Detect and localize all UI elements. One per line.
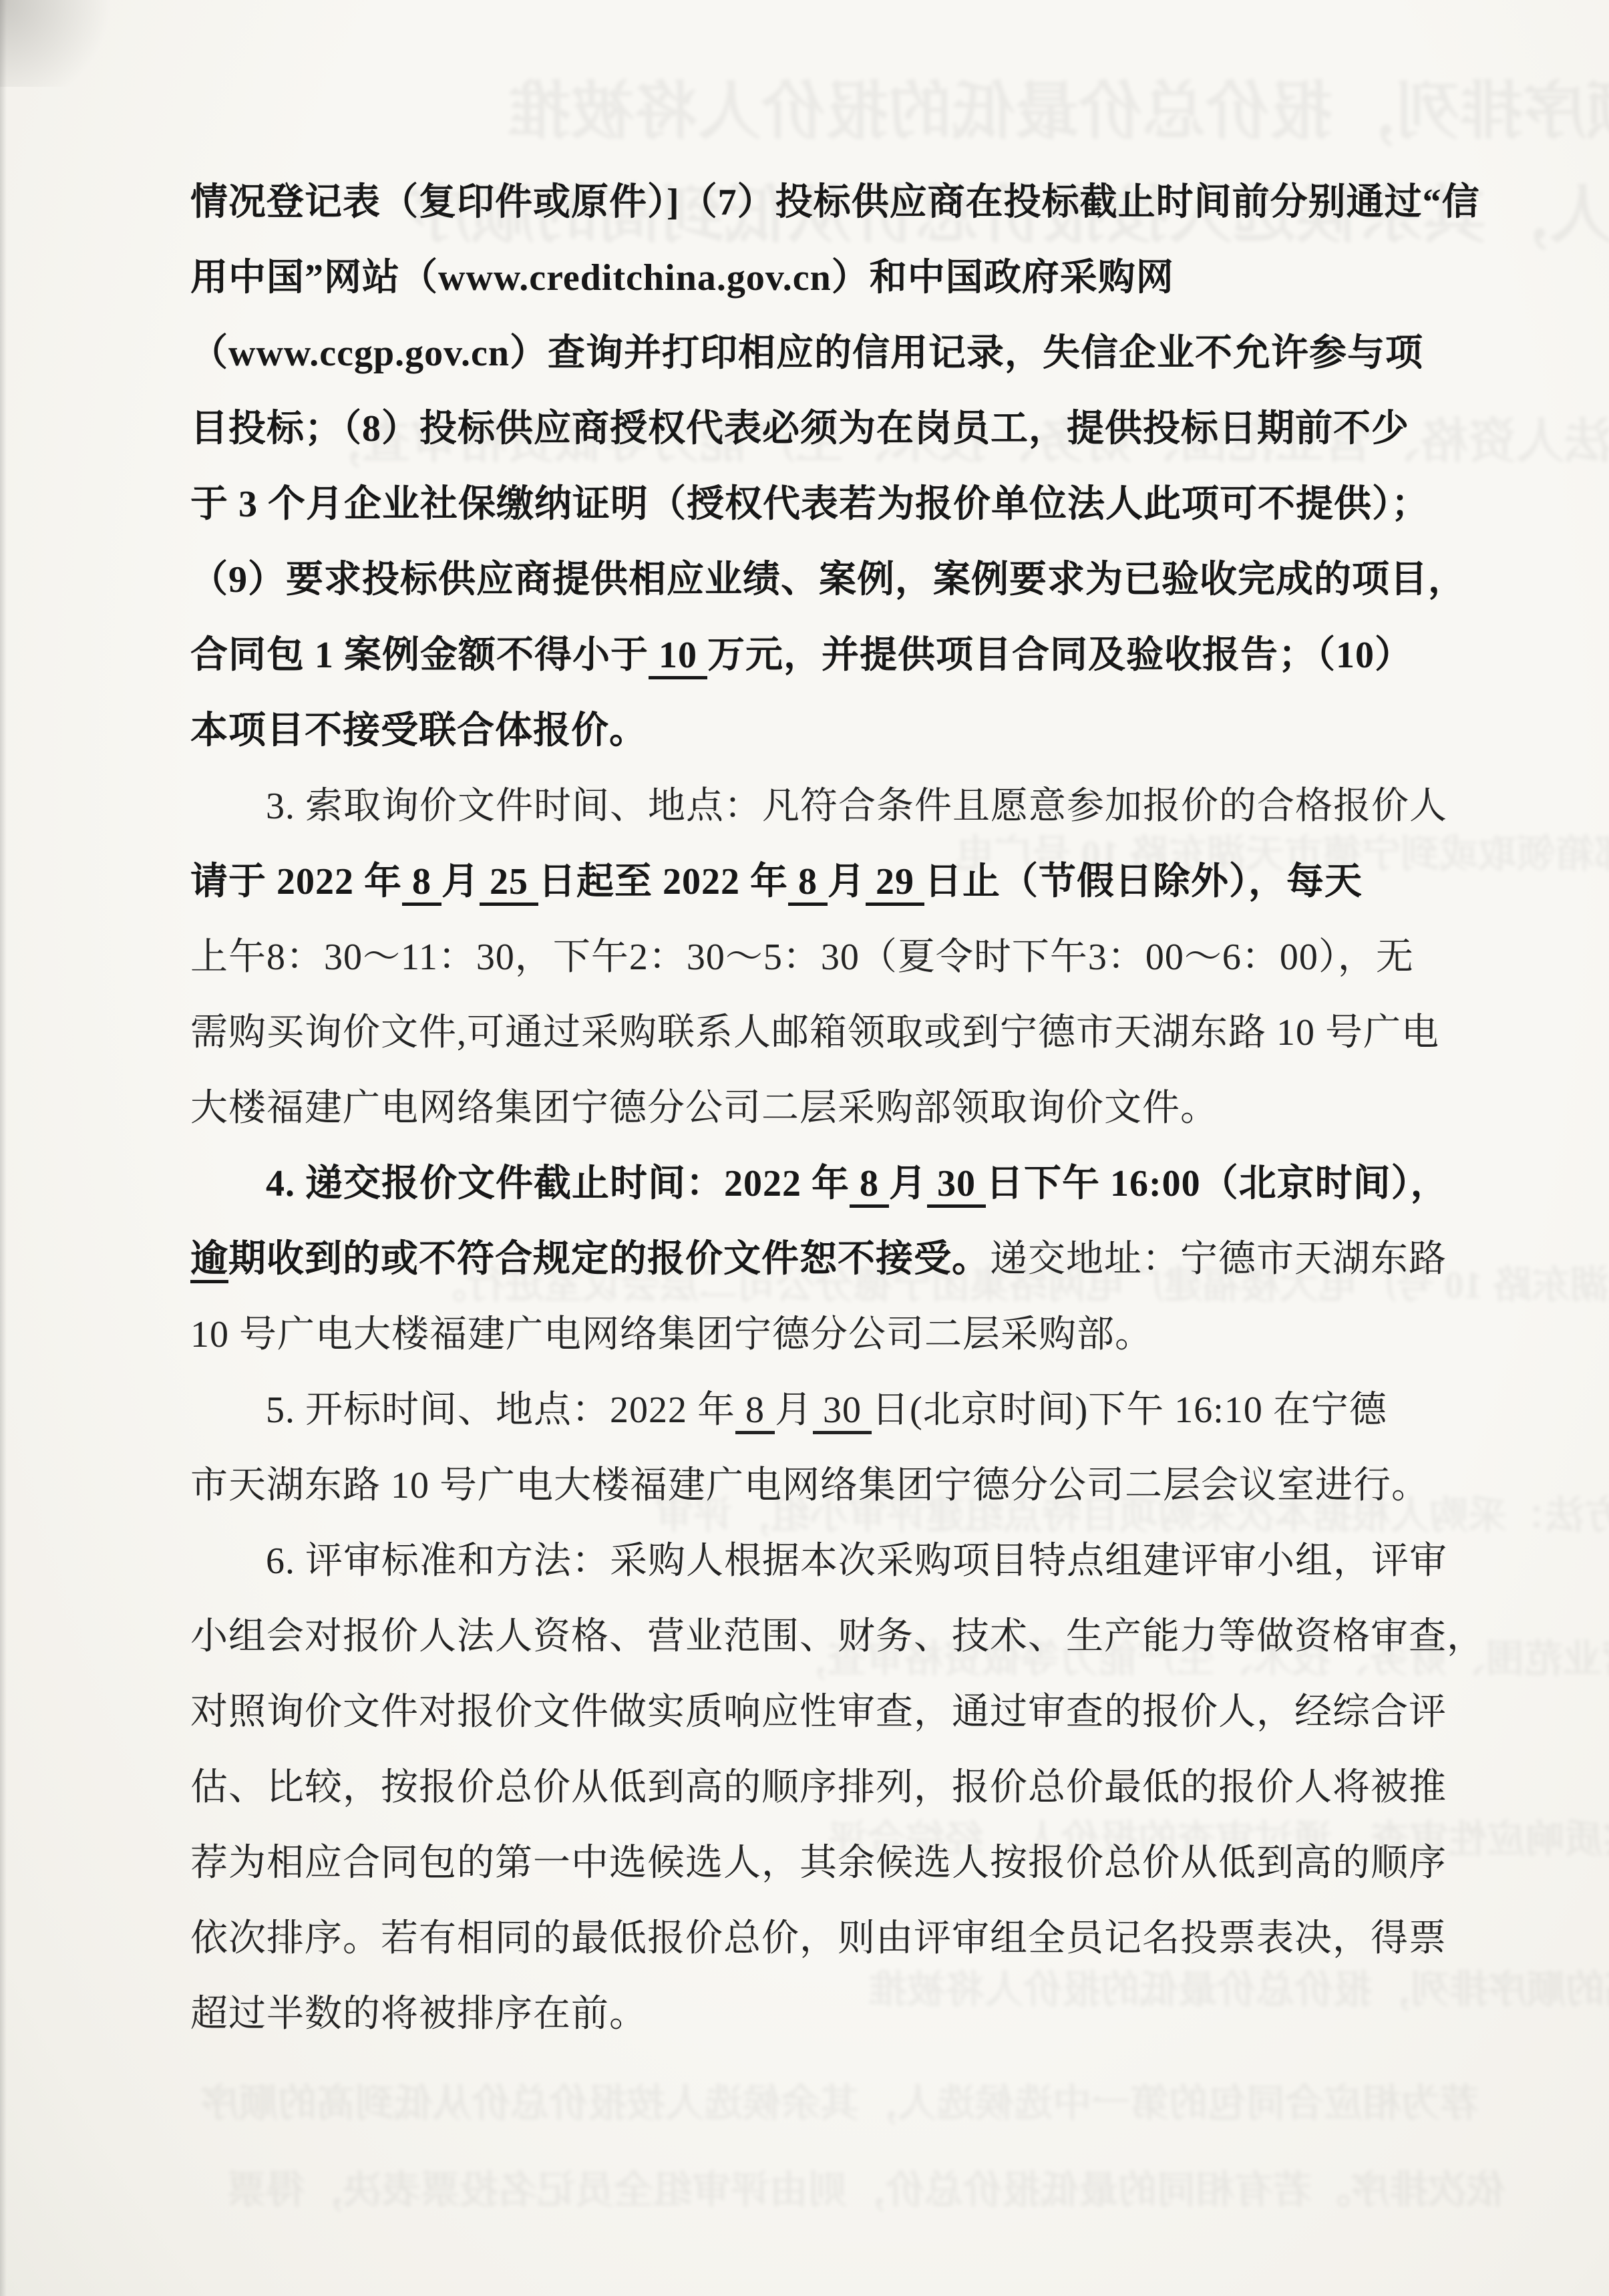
- text-line: 请于 2022 年 8 月 25 日起至 2022 年 8 月 29 日止（节假…: [190, 844, 1463, 920]
- text-segment: 超过半数的将被排序在前。: [190, 1993, 647, 2035]
- text-segment: 月: [889, 1163, 927, 1204]
- text-segment: 5. 开标时间、地点：2022 年: [266, 1389, 735, 1431]
- text-segment: 本项目不接受联合体报价。: [190, 710, 647, 752]
- text-segment: 万元，并提供项目合同及验收报告；（10）: [707, 635, 1413, 676]
- text-line: 荐为相应合同包的第一中选候选人，其余候选人按报价总价从低到高的顺序: [190, 1826, 1463, 1901]
- text-segment: 4. 递交报价文件截止时间：2022 年: [266, 1163, 850, 1204]
- text-line: 逾期收到的或不符合规定的报价文件恕不接受。递交地址：宁德市天湖东路: [190, 1222, 1463, 1297]
- text-line: 需购买询价文件,可通过采购联系人邮箱领取或到宁德市天湖东路 10 号广电: [190, 995, 1463, 1071]
- text-segment: 日下午 16:00（北京时间），: [986, 1163, 1449, 1204]
- filled-blank-text: 8: [735, 1389, 775, 1434]
- text-segment: 情况登记表（复印件或原件）]（7）投标供应商在投标截止时间前分别通过“信: [190, 182, 1480, 223]
- text-segment: 月: [828, 861, 866, 903]
- text-segment: 6. 评审标准和方法：采购人根据本次采购项目特点组建评审小组，评审: [266, 1540, 1447, 1582]
- text-segment: 月: [441, 861, 480, 903]
- text-line: 依次排序。若有相同的最低报价总价，则由评审组全员记名投票表决，得票: [190, 1901, 1463, 1977]
- filled-blank-text: 29: [866, 861, 924, 906]
- bleed-through-text: 荐为相应合同包的第一中选候选人，其余候选人按报价总价从低到高的顺序: [200, 2084, 1479, 2123]
- text-segment: 10 号广电大楼福建广电网络集团宁德分公司二层采购部。: [190, 1314, 1153, 1355]
- text-segment: 荐为相应合同包的第一中选候选人，其余候选人按报价总价从低到高的顺序: [190, 1842, 1447, 1884]
- text-segment: 市天湖东路 10 号广电大楼福建广电网络集团宁德分公司二层会议室进行。: [190, 1465, 1429, 1506]
- text-segment: 合同包 1 案例金额不得小于: [190, 635, 649, 676]
- text-line: 情况登记表（复印件或原件）]（7）投标供应商在投标截止时间前分别通过“信: [190, 165, 1463, 240]
- text-line: 大楼福建广电网络集团宁德分公司二层采购部领取询价文件。: [190, 1071, 1463, 1146]
- text-line: 用中国”网站（www.creditchina.gov.cn）和中国政府采购网: [190, 240, 1463, 316]
- text-line: 超过半数的将被排序在前。: [190, 1977, 1463, 2052]
- filled-blank-text: 8: [402, 861, 441, 906]
- filled-blank-text: 30: [927, 1163, 986, 1208]
- filled-blank-text: 25: [480, 861, 538, 906]
- text-segment: 请于 2022 年: [190, 861, 402, 903]
- text-segment: 日起至 2022 年: [538, 861, 788, 903]
- document-text-block: 情况登记表（复印件或原件）]（7）投标供应商在投标截止时间前分别通过“信用中国”…: [190, 165, 1463, 2052]
- text-line: 3. 索取询价文件时间、地点：凡符合条件且愿意参加报价的合格报价人: [190, 769, 1463, 844]
- filled-blank-text: 8: [850, 1163, 889, 1208]
- text-segment: 上午8：30～11：30，下午2：30～5：30（夏令时下午3：00～6：00）…: [190, 937, 1414, 978]
- text-segment: 大楼福建广电网络集团宁德分公司二层采购部领取询价文件。: [190, 1088, 1218, 1129]
- text-segment: 期收到的或不符合规定的报价文件恕不接受。: [228, 1239, 990, 1280]
- text-line: 6. 评审标准和方法：采购人根据本次采购项目特点组建评审小组，评审: [190, 1524, 1463, 1599]
- filled-blank-text: 30: [813, 1389, 872, 1434]
- text-segment: 目投标；（8）投标供应商授权代表必须为在岗员工，提供投标日期前不少: [190, 408, 1409, 450]
- filled-blank-text: 8: [788, 861, 828, 906]
- filled-blank-text: 10: [649, 635, 707, 679]
- text-segment: 日(北京时间)下午 16:10 在宁德: [872, 1389, 1387, 1431]
- text-line: 10 号广电大楼福建广电网络集团宁德分公司二层采购部。: [190, 1297, 1463, 1373]
- text-segment: 依次排序。若有相同的最低报价总价，则由评审组全员记名投票表决，得票: [190, 1918, 1447, 1959]
- text-segment: 于 3 个月企业社保缴纳证明（授权代表若为报价单位法人此项可不提供）；: [190, 484, 1429, 525]
- text-segment: 用中国”网站（www.creditchina.gov.cn）和中国政府采购网: [190, 257, 1174, 299]
- text-segment: 递交地址：宁德市天湖东路: [990, 1239, 1447, 1280]
- text-line: （www.ccgp.gov.cn）查询并打印相应的信用记录，失信企业不允许参与项: [190, 316, 1463, 391]
- text-line: 合同包 1 案例金额不得小于 10 万元，并提供项目合同及验收报告；（10）: [190, 618, 1463, 693]
- text-segment: （www.ccgp.gov.cn）查询并打印相应的信用记录，失信企业不允许参与项: [190, 333, 1423, 374]
- text-segment: 日止（节假日除外），每天: [924, 861, 1363, 903]
- text-line: 目投标；（8）投标供应商授权代表必须为在岗员工，提供投标日期前不少: [190, 391, 1463, 467]
- text-line: 估、比较，按报价总价从低到高的顺序排列，报价总价最低的报价人将被推: [190, 1750, 1463, 1826]
- text-line: 4. 递交报价文件截止时间：2022 年 8 月 30 日下午 16:00（北京…: [190, 1146, 1463, 1222]
- text-segment: 月: [775, 1389, 813, 1431]
- text-segment: （9）要求投标供应商提供相应业绩、案例，案例要求为已验收完成的项目，: [190, 559, 1466, 601]
- text-segment: 需购买询价文件,可通过采购联系人邮箱领取或到宁德市天湖东路 10 号广电: [190, 1012, 1439, 1053]
- text-line: 本项目不接受联合体报价。: [190, 693, 1463, 769]
- text-segment: 3. 索取询价文件时间、地点：凡符合条件且愿意参加报价的合格报价人: [266, 786, 1447, 827]
- text-segment: 小组会对报价人法人资格、营业范围、财务、技术、生产能力等做资格审查，: [190, 1616, 1485, 1657]
- filled-blank-text: 逾: [190, 1239, 228, 1283]
- document-page: 估、比较，按报价总价从低到高的顺序排列，报价总价最低的报价人将被推荐为相应合同包…: [0, 0, 1609, 2296]
- text-line: 小组会对报价人法人资格、营业范围、财务、技术、生产能力等做资格审查，: [190, 1599, 1463, 1675]
- text-segment: 估、比较，按报价总价从低到高的顺序排列，报价总价最低的报价人将被推: [190, 1767, 1447, 1808]
- text-line: 5. 开标时间、地点：2022 年 8 月 30 日(北京时间)下午 16:10…: [190, 1373, 1463, 1448]
- text-line: （9）要求投标供应商提供相应业绩、案例，案例要求为已验收完成的项目，: [190, 542, 1463, 618]
- text-line: 市天湖东路 10 号广电大楼福建广电网络集团宁德分公司二层会议室进行。: [190, 1448, 1463, 1524]
- scan-corner-artifact: [0, 0, 127, 87]
- scan-edge-artifact: [0, 0, 7, 2296]
- text-line: 上午8：30～11：30，下午2：30～5：30（夏令时下午3：00～6：00）…: [190, 920, 1463, 995]
- bleed-through-text: 依次排序。若有相同的最低报价总价，则由评审组全员记名投票表决，得票: [227, 2171, 1505, 2210]
- text-segment: 对照询价文件对报价文件做实质响应性审查，通过审查的报价人，经综合评: [190, 1691, 1447, 1733]
- text-line: 于 3 个月企业社保缴纳证明（授权代表若为报价单位法人此项可不提供）；: [190, 467, 1463, 542]
- text-line: 对照询价文件对报价文件做实质响应性审查，通过审查的报价人，经综合评: [190, 1675, 1463, 1750]
- bleed-through-text: 估、比较，按报价总价从低到高的顺序排列，报价总价最低的报价人将被推: [508, 80, 1609, 144]
